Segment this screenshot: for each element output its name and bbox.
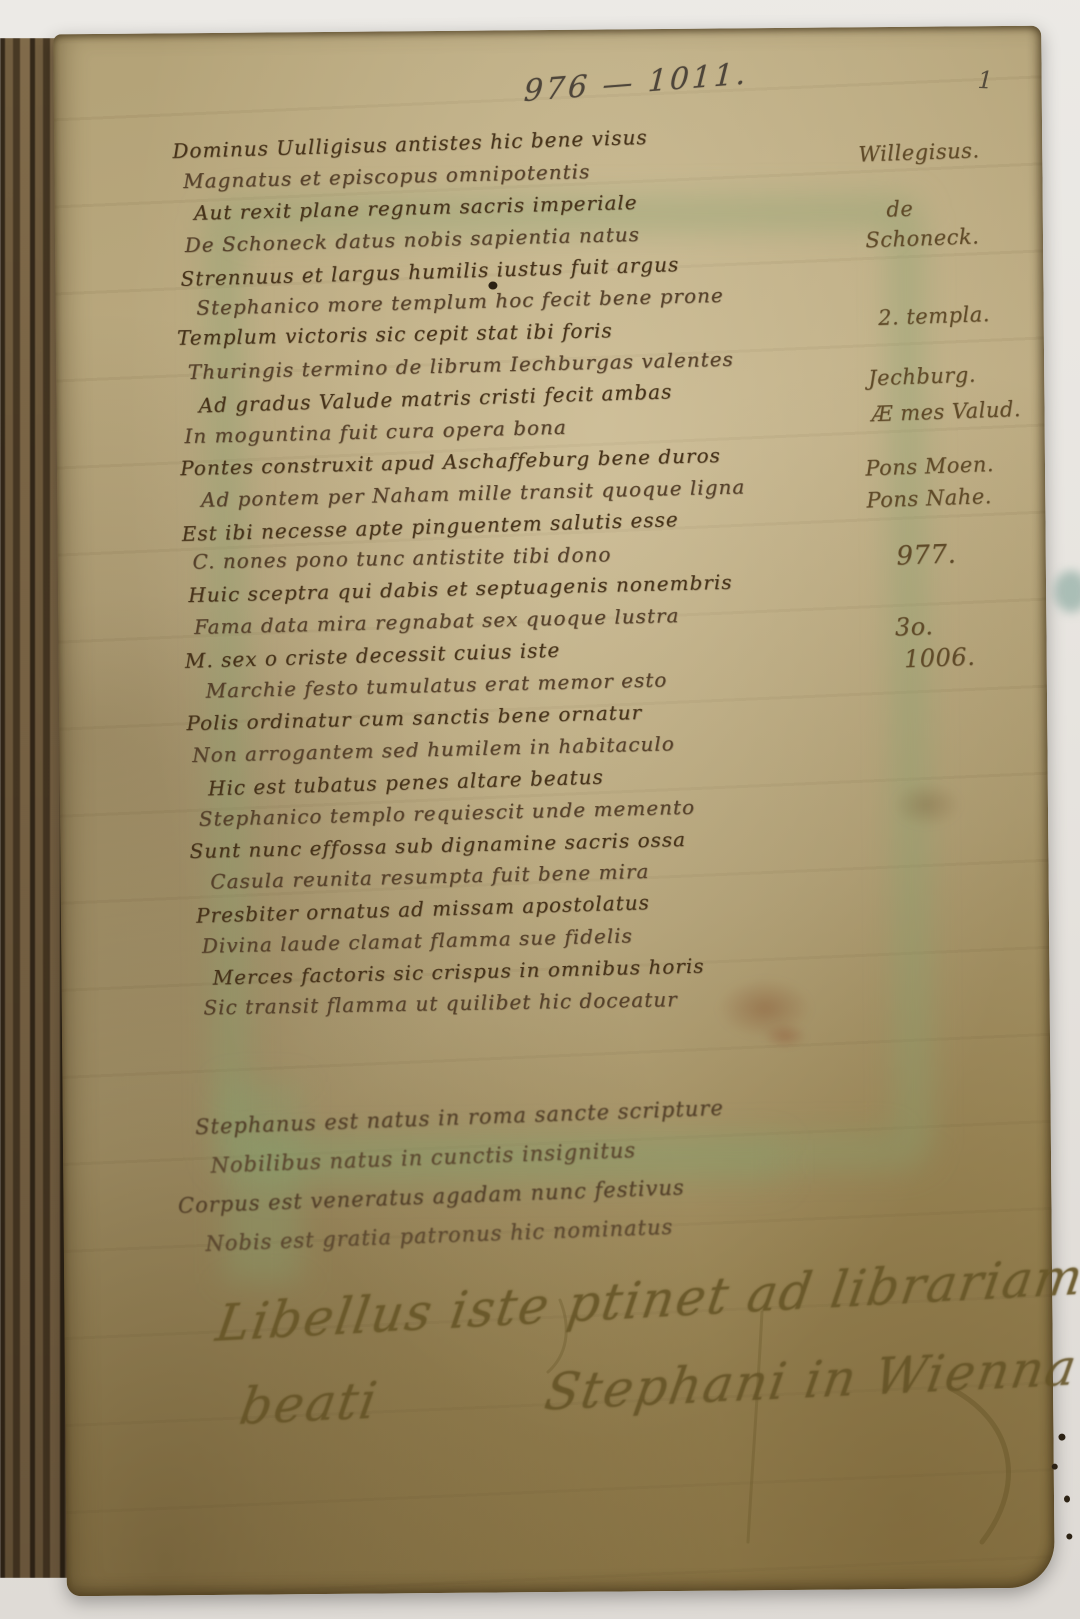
margin-note: de xyxy=(886,197,914,222)
wormhole xyxy=(1058,1434,1065,1441)
ex-libris-word-beati: beati xyxy=(236,1371,383,1436)
main-poem: Dominus Uulligisus antistes hic bene vis… xyxy=(172,121,866,1030)
lower-poem: Stephanus est natus in roma sancte scrip… xyxy=(195,1091,860,1271)
wormhole xyxy=(1052,1464,1058,1470)
margin-note: Æ mes Valud. xyxy=(871,397,1021,426)
margin-note: 2. templa. xyxy=(878,302,991,330)
ink-stain xyxy=(892,781,962,828)
margin-note: 1006. xyxy=(904,643,976,673)
ex-libris-owner-text: Stephani in Wienna xyxy=(541,1338,1080,1422)
wormhole xyxy=(1064,1496,1070,1503)
margin-note: Pons Moen. xyxy=(865,452,994,480)
margin-note: Pons Nahe. xyxy=(866,484,992,512)
wormhole xyxy=(1066,1534,1072,1540)
manuscript-page: 976 — 1011. 1 Dominus Uulligisus antiste… xyxy=(53,26,1055,1597)
ex-libris-line-2: beati Stephani in Wienna xyxy=(236,1340,1045,1436)
margin-note: 3o. xyxy=(894,612,933,641)
margin-note: 977. xyxy=(896,539,957,571)
margin-note: Willegisus. xyxy=(858,138,980,166)
margin-notes: Willegisus. de Schoneck. 2. templa. Jech… xyxy=(850,22,1080,730)
margin-note: Schoneck. xyxy=(865,224,980,252)
year-range-annotation: 976 — 1011. xyxy=(523,56,750,109)
margin-note: Jechburg. xyxy=(868,363,977,391)
ink-stain xyxy=(762,1023,808,1049)
